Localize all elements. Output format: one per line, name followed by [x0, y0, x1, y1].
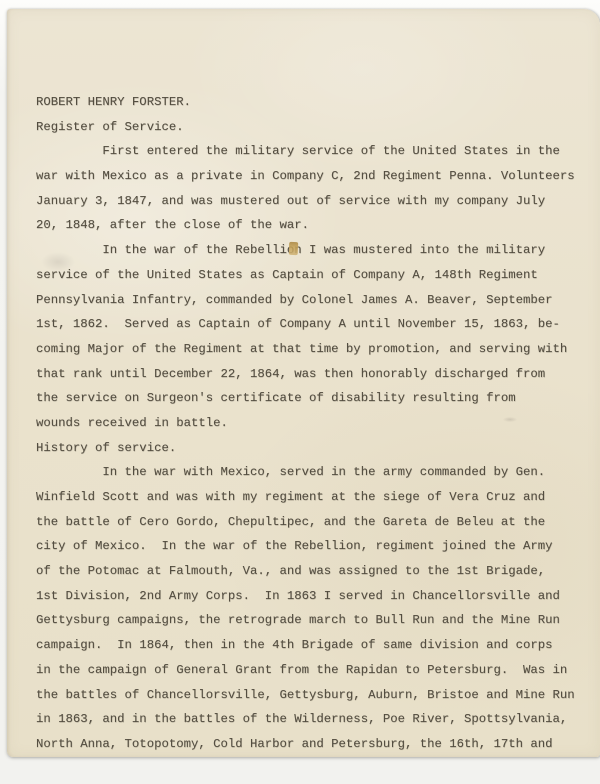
typed-line: the service on Surgeon's certificate of …: [36, 386, 592, 411]
speck-mark: [503, 417, 517, 422]
typed-line: First entered the military service of th…: [36, 139, 592, 164]
typed-line: the battle of Cero Gordo, Chepultipec, a…: [36, 510, 592, 535]
typed-line: In the war with Mexico, served in the ar…: [36, 460, 592, 485]
typed-line: service of the United States as Captain …: [36, 263, 592, 288]
typed-line: the battles of Chancellorsville, Gettysb…: [36, 683, 592, 708]
register-of-service-line: Register of Service.: [36, 115, 592, 140]
history-of-service-line: History of service.: [36, 436, 592, 461]
typed-line: Gettysburg campaigns, the retrograde mar…: [36, 608, 592, 633]
typed-line: in 1863, and in the battles of the Wilde…: [36, 707, 592, 732]
typed-line: 20, 1848, after the close of the war.: [36, 213, 592, 238]
typed-line: In the war of the Rebellion I was muster…: [36, 238, 592, 263]
document-title-line: ROBERT HENRY FORSTER.: [36, 90, 592, 115]
typed-line: of the Potomac at Falmouth, Va., and was…: [36, 559, 592, 584]
typed-line: wounds received in battle.: [36, 411, 592, 436]
typed-line: North Anna, Totopotomy, Cold Harbor and …: [36, 732, 592, 757]
typed-line: January 3, 1847, and was mustered out of…: [36, 189, 592, 214]
typed-line: that rank until December 22, 1864, was t…: [36, 362, 592, 387]
scan-background: ROBERT HENRY FORSTER. Register of Servic…: [0, 0, 600, 784]
document-page: ROBERT HENRY FORSTER. Register of Servic…: [7, 9, 600, 757]
typed-line: campaign. In 1864, then in the 4th Briga…: [36, 633, 592, 658]
typed-line: 1st Division, 2nd Army Corps. In 1863 I …: [36, 584, 592, 609]
typed-line: city of Mexico. In the war of the Rebell…: [36, 534, 592, 559]
typed-line: Winfield Scott and was with my regiment …: [36, 485, 592, 510]
typed-line: Pennsylvania Infantry, commanded by Colo…: [36, 288, 592, 313]
typed-line: coming Major of the Regiment at that tim…: [36, 337, 592, 362]
typed-line: 1st, 1862. Served as Captain of Company …: [36, 312, 592, 337]
smudge-mark: [41, 252, 75, 272]
typed-line: war with Mexico as a private in Company …: [36, 164, 592, 189]
typed-text-block: ROBERT HENRY FORSTER. Register of Servic…: [36, 90, 592, 757]
stain-mark: [289, 242, 298, 255]
typed-line: in the campaign of General Grant from th…: [36, 658, 592, 683]
